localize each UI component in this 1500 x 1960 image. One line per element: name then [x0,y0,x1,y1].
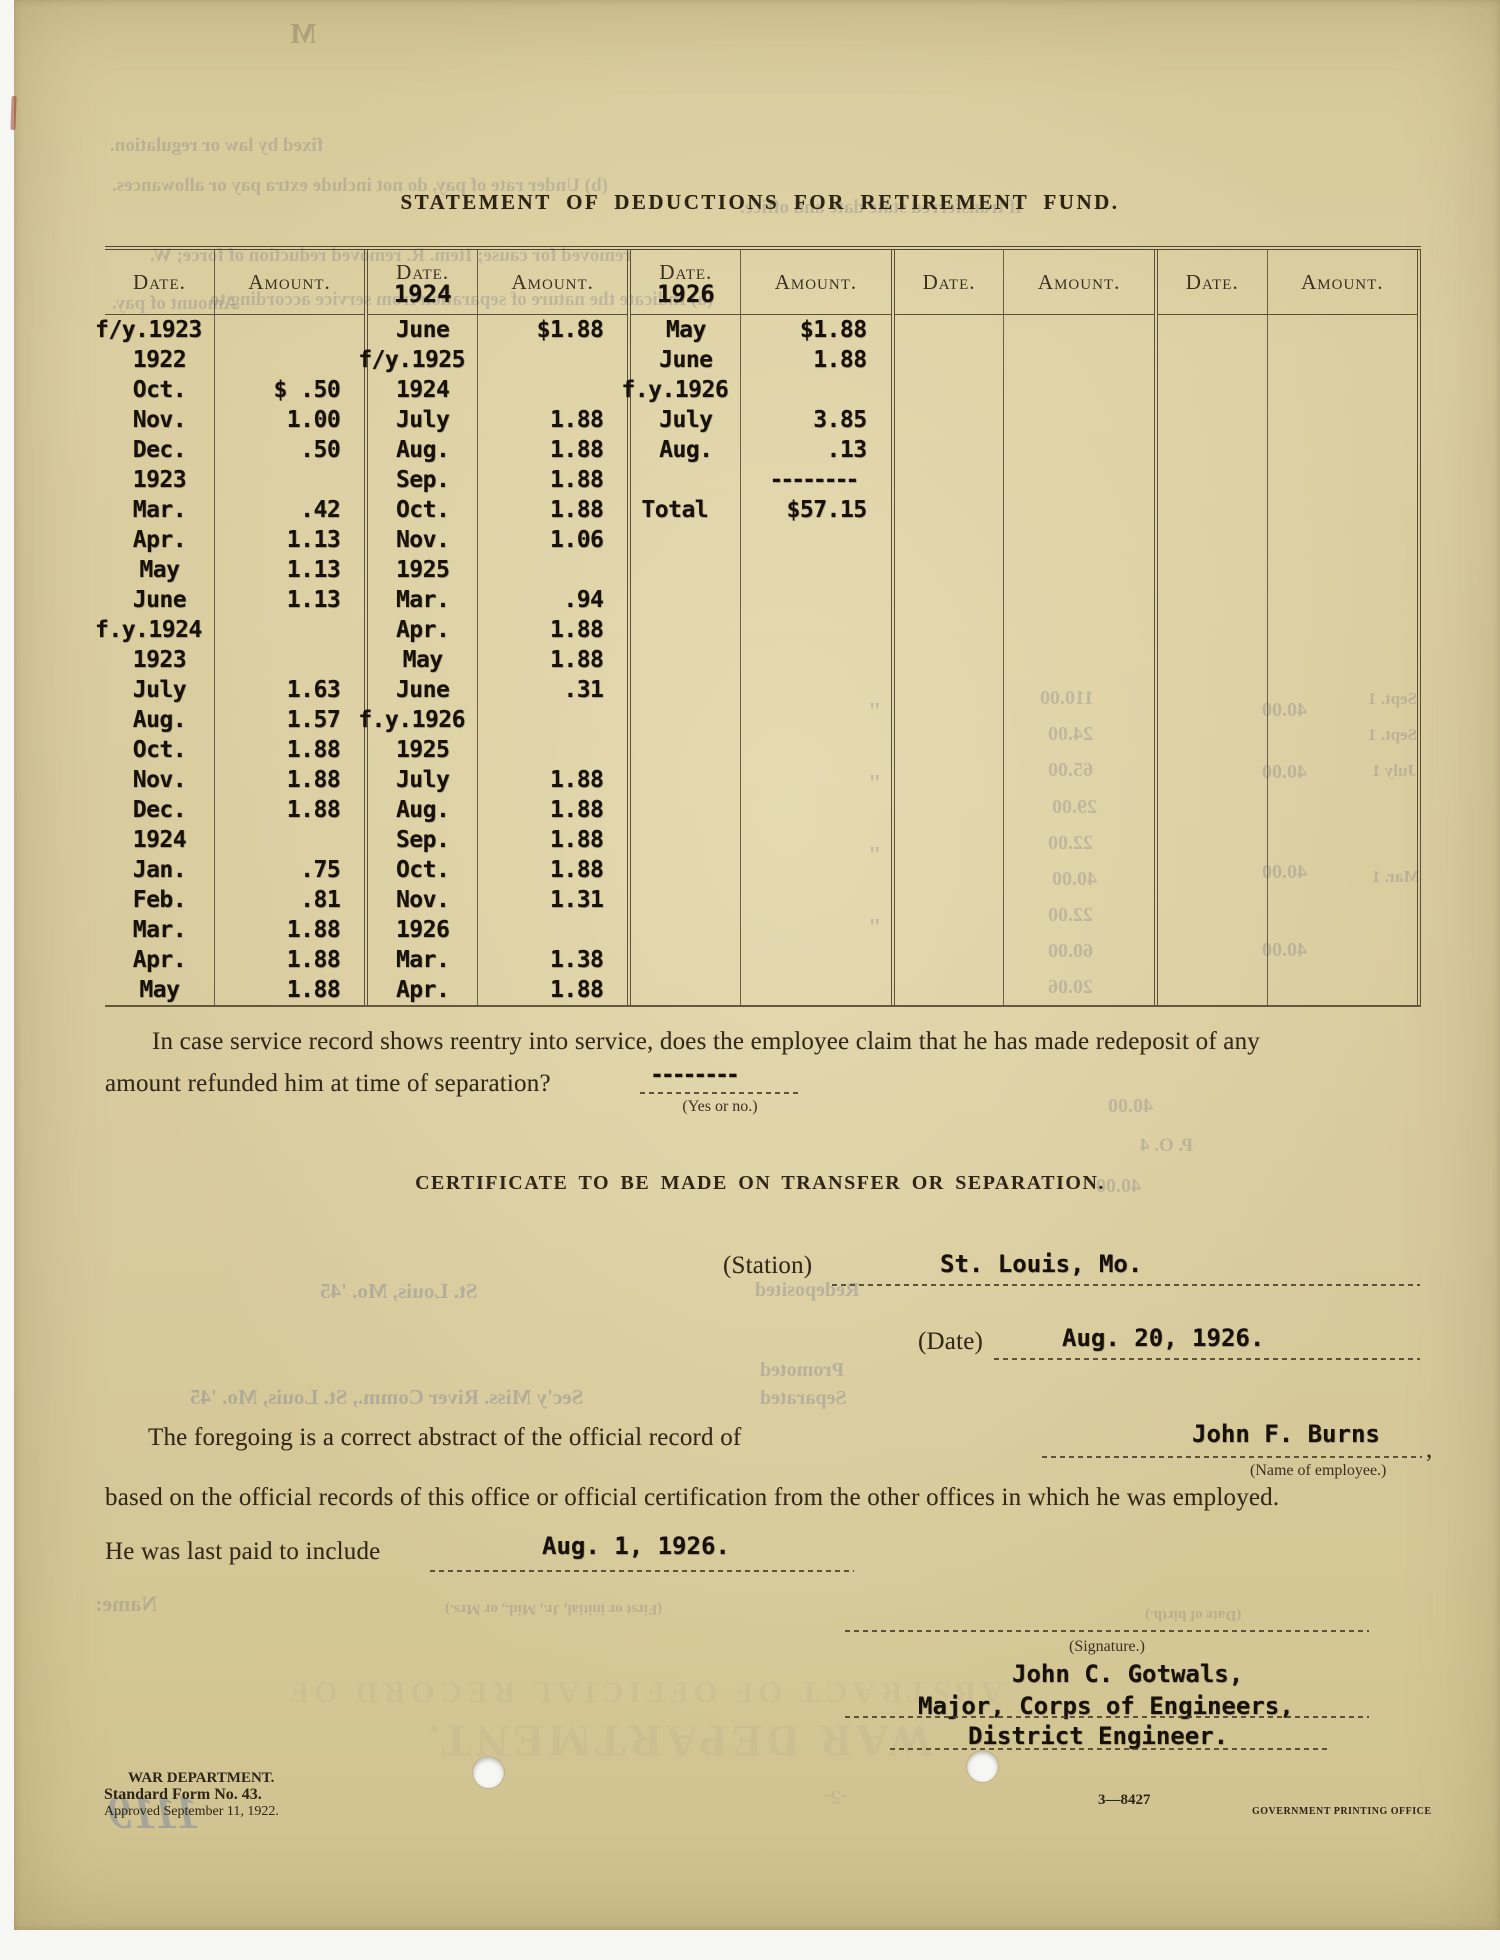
station-label: (Station) [723,1252,812,1280]
amount-cell: .31 [477,675,627,705]
date-cell [1158,375,1267,405]
amount-cell: 1.88 [477,465,627,495]
date-cell [631,795,740,825]
amount-cell: 1.13 [214,525,364,555]
date-cell [1158,885,1267,915]
amount-cell [1267,525,1417,555]
date-cell [895,825,1004,855]
date-cell: Apr. [368,975,477,1005]
signature-title-line-1 [845,1716,1369,1718]
amount-cell [740,585,890,615]
amount-cell [1003,735,1153,765]
amount-cell [1003,765,1153,795]
date-cell: Apr. [105,525,214,555]
footer-gpo-imprint: GOVERNMENT PRINTING OFFICE [1252,1806,1432,1817]
amount-cell [214,465,364,495]
amount-cell [1267,915,1417,945]
reentry-question-line1: In case service record shows reentry int… [152,1028,1260,1056]
date-cell [1158,675,1267,705]
date-cell: 1923 [105,465,214,495]
station-blank-line [832,1284,1420,1286]
date-cell: Oct. [105,735,214,765]
date-cell [631,735,740,765]
date-cell: July [105,675,214,705]
date-cell: June [368,315,477,345]
column-header-amount: Amount. [740,250,890,314]
amount-cell [1267,465,1417,495]
column-header-date: Date.1924 [368,250,477,314]
abstract-statement-prefix: The foregoing is a correct abstract of t… [148,1424,741,1452]
date-cell: f.y.1926 [368,705,477,735]
amount-cell [1267,645,1417,675]
date-cell [1158,705,1267,735]
amount-cell: 1.88 [477,975,627,1005]
date-cell: f/y.1925 [368,345,477,375]
amount-cell: 1.13 [214,585,364,615]
table-pair-body: May$1.88June1.88f.y.1926July3.85Aug..13-… [631,315,890,1005]
date-cell [1158,555,1267,585]
amount-cell [477,555,627,585]
date-cell: 1924 [105,825,214,855]
amount-cell: 1.88 [740,345,890,375]
date-cell [631,645,740,675]
amount-cell [1267,795,1417,825]
amount-cell [1267,555,1417,585]
date-blank-line [994,1358,1420,1360]
date-cell: July [368,405,477,435]
amount-cell: .42 [214,495,364,525]
signature-title-2: District Engineer. [968,1722,1228,1750]
table-pair-body [895,315,1154,1005]
amount-cell: 1.88 [477,645,627,675]
date-label: (Date) [918,1328,983,1356]
amount-cell [1267,435,1417,465]
amount-cell: 1.88 [214,735,364,765]
amount-cell [740,705,890,735]
amount-cell [477,705,627,735]
date-cell [1158,795,1267,825]
amount-cell [477,915,627,945]
date-cell: Apr. [105,945,214,975]
date-cell [1158,825,1267,855]
amount-cell: 1.31 [477,885,627,915]
amount-cell: -------- [740,465,890,495]
date-cell [631,705,740,735]
amount-cell [1003,585,1153,615]
amount-cell [1267,945,1417,975]
date-cell [895,945,1004,975]
amount-header-label: Amount. [512,270,594,295]
scanned-document: fixed by law or regulation.(b) Under rat… [0,0,1500,1960]
amount-cell: 1.88 [477,855,627,885]
date-cell [1158,975,1267,1005]
amount-cell: .81 [214,885,364,915]
amount-cell [1267,315,1417,345]
date-cell: Dec. [105,435,214,465]
footer-approved-date: Approved September 11, 1922. [104,1804,279,1820]
punch-hole-left [473,1757,504,1788]
table-pair-2: Date.1924Amount.June$1.88f/y.19251924Jul… [368,250,631,1005]
amount-cell: 1.88 [477,825,627,855]
certificate-heading: CERTIFICATE TO BE MADE ON TRANSFER OR SE… [0,1172,1500,1195]
station-value: St. Louis, Mo. [940,1250,1142,1278]
date-cell: Mar. [368,585,477,615]
amount-cell [1267,375,1417,405]
amount-cell [740,975,890,1005]
column-header-amount: Amount. [1267,250,1417,314]
amount-cell [1267,345,1417,375]
amount-cell [740,825,890,855]
date-cell [895,345,1004,375]
date-cell [895,615,1004,645]
date-cell: Oct. [105,375,214,405]
date-cell: 1926 [368,915,477,945]
amount-cell [1003,555,1153,585]
amount-cell [1003,645,1153,675]
amount-cell [214,315,364,345]
date-cell: Nov. [105,405,214,435]
amount-cell [1003,795,1153,825]
column-header-date: Date. [105,250,214,314]
amount-cell [740,555,890,585]
amount-cell [1003,375,1153,405]
date-cell: June [368,675,477,705]
date-cell [631,855,740,885]
date-cell [1158,645,1267,675]
date-cell [1158,405,1267,435]
typed-year-note: 1924 [394,283,452,305]
date-cell [631,915,740,945]
amount-cell [214,645,364,675]
date-cell: Feb. [105,885,214,915]
amount-cell: .50 [214,435,364,465]
date-cell [895,405,1004,435]
amount-cell [1003,315,1153,345]
date-cell: Nov. [368,525,477,555]
date-cell: Dec. [105,795,214,825]
amount-cell [1267,765,1417,795]
date-cell [631,885,740,915]
date-cell [1158,585,1267,615]
date-cell: 1924 [368,375,477,405]
date-cell: May [368,645,477,675]
date-cell [895,525,1004,555]
amount-cell [1003,945,1153,975]
amount-cell: .75 [214,855,364,885]
date-cell [631,585,740,615]
amount-cell: $1.88 [740,315,890,345]
date-cell [1158,465,1267,495]
amount-cell [740,615,890,645]
date-cell [895,555,1004,585]
amount-cell [1003,495,1153,525]
date-cell: f/y.1923 [105,315,214,345]
amount-cell [1267,885,1417,915]
date-cell: Nov. [368,885,477,915]
date-cell [1158,915,1267,945]
amount-cell [477,345,627,375]
column-header-amount: Amount. [1003,250,1153,314]
date-cell: 1922 [105,345,214,375]
table-pair-5: Date.Amount. [1158,250,1421,1005]
date-cell: May [631,315,740,345]
amount-cell: 1.06 [477,525,627,555]
date-cell: Oct. [368,855,477,885]
date-cell: July [631,405,740,435]
amount-cell: 1.88 [214,765,364,795]
date-cell: Mar. [105,495,214,525]
amount-cell [477,735,627,765]
date-cell: Sep. [368,465,477,495]
amount-cell: 1.88 [214,795,364,825]
date-cell: Aug. [105,705,214,735]
date-cell [631,525,740,555]
date-cell: May [105,555,214,585]
amount-cell: 1.57 [214,705,364,735]
date-cell [1158,765,1267,795]
last-paid-blank-line [430,1570,854,1572]
date-cell: Jan. [105,855,214,885]
amount-cell [740,885,890,915]
amount-cell [1003,405,1153,435]
date-cell [895,855,1004,885]
date-cell [895,315,1004,345]
date-cell [631,555,740,585]
date-cell: Aug. [631,435,740,465]
reentry-answer-hint: (Yes or no.) [640,1098,800,1116]
amount-cell: .94 [477,585,627,615]
date-cell: June [105,585,214,615]
employee-name: John F. Burns [1192,1420,1380,1448]
amount-cell [740,915,890,945]
date-cell [631,825,740,855]
table-pair-body: f/y.19231922Oct.$ .50Nov.1.00Dec..501923… [105,315,364,1005]
date-cell [895,735,1004,765]
amount-cell [214,615,364,645]
amount-cell [1003,885,1153,915]
date-cell [895,465,1004,495]
reentry-answer: -------- [650,1062,737,1088]
amount-cell [214,825,364,855]
date-cell [895,375,1004,405]
amount-cell [1267,615,1417,645]
date-cell: Sep. [368,825,477,855]
amount-cell [740,765,890,795]
signature-line [845,1630,1369,1632]
abstract-statement-comma: , [1426,1436,1432,1464]
amount-cell: 1.88 [477,405,627,435]
date-cell [631,675,740,705]
amount-cell: 1.88 [214,945,364,975]
date-cell [895,675,1004,705]
date-cell: Mar. [105,915,214,945]
amount-cell [214,345,364,375]
amount-cell [1003,525,1153,555]
amount-cell: 1.88 [477,615,627,645]
amount-cell: 1.88 [477,765,627,795]
date-cell [895,585,1004,615]
signature-hint: (Signature.) [845,1638,1369,1656]
date-cell [631,465,740,495]
amount-cell [1003,975,1153,1005]
amount-cell: 1.88 [477,495,627,525]
date-cell [631,765,740,795]
amount-cell [1003,915,1153,945]
date-cell [1158,435,1267,465]
date-value: Aug. 20, 1926. [1062,1324,1264,1352]
table-pair-1: Date.Amount.f/y.19231922Oct.$ .50Nov.1.0… [105,250,368,1005]
amount-cell [740,735,890,765]
table-pair-body [1158,315,1417,1005]
date-cell [1158,495,1267,525]
date-cell: June [631,345,740,375]
amount-cell [1267,405,1417,435]
date-cell: Aug. [368,795,477,825]
punch-hole-right [967,1751,998,1782]
column-header-date: Date.1926 [631,250,740,314]
amount-cell: 3.85 [740,405,890,435]
abstract-statement-continued: based on the official records of this of… [105,1484,1279,1512]
date-cell [1158,855,1267,885]
amount-cell [1267,705,1417,735]
column-header-amount: Amount. [477,250,627,314]
date-cell [895,705,1004,735]
date-cell: f.y.1926 [631,375,740,405]
amount-cell [1267,975,1417,1005]
amount-header-label: Amount. [775,270,857,295]
date-cell: Nov. [105,765,214,795]
amount-cell: 1.88 [214,915,364,945]
amount-cell: $57.15 [740,495,890,525]
amount-cell [1003,435,1153,465]
date-cell: Oct. [368,495,477,525]
typed-year-note: 1926 [657,283,715,305]
date-cell: 1925 [368,735,477,765]
date-cell: 1923 [105,645,214,675]
amount-cell [740,945,890,975]
date-cell [1158,615,1267,645]
date-cell [895,435,1004,465]
footer-department: WAR DEPARTMENT. [128,1770,274,1787]
date-cell [895,645,1004,675]
amount-header-label: Amount. [248,270,330,295]
amount-header-label: Amount. [1301,270,1383,295]
amount-cell: 1.63 [214,675,364,705]
date-header-label: Date. [133,270,186,295]
amount-cell [1003,825,1153,855]
deductions-table: Date.Amount.f/y.19231922Oct.$ .50Nov.1.0… [105,246,1421,1007]
last-paid-label: He was last paid to include [105,1538,380,1566]
amount-cell [1267,585,1417,615]
date-cell: 1925 [368,555,477,585]
date-cell [631,615,740,645]
date-cell: Mar. [368,945,477,975]
date-cell: f.y.1924 [105,615,214,645]
amount-cell [1003,705,1153,735]
table-pair-4: Date.Amount. [895,250,1158,1005]
date-header-label: Date. [1186,270,1239,295]
amount-cell [740,675,890,705]
amount-cell: .13 [740,435,890,465]
amount-cell [1267,855,1417,885]
amount-cell: 1.00 [214,405,364,435]
date-cell [895,795,1004,825]
date-cell [1158,735,1267,765]
date-cell [1158,345,1267,375]
amount-cell [740,645,890,675]
date-cell [631,975,740,1005]
amount-cell [1267,735,1417,765]
date-cell [895,915,1004,945]
amount-cell [1003,855,1153,885]
footer-print-code: 3—8427 [1098,1792,1151,1809]
signature-name: John C. Gotwals, [1012,1660,1243,1688]
date-header-label: Date. [923,270,976,295]
amount-cell: 1.13 [214,555,364,585]
date-cell [1158,315,1267,345]
date-cell: Aug. [368,435,477,465]
amount-cell [1003,675,1153,705]
amount-cell [740,375,890,405]
employee-name-line [1042,1456,1422,1458]
reentry-question-line2: amount refunded him at time of separatio… [105,1070,551,1098]
amount-cell [740,795,890,825]
reentry-answer-line [640,1092,800,1094]
employee-name-hint: (Name of employee.) [1250,1462,1386,1480]
amount-cell: 1.88 [477,795,627,825]
date-cell [631,945,740,975]
column-header-date: Date. [1158,250,1267,314]
amount-cell: 1.38 [477,945,627,975]
column-header-amount: Amount. [214,250,364,314]
date-cell [1158,945,1267,975]
date-cell: May [105,975,214,1005]
table-pair-3: Date.1926Amount.May$1.88June1.88f.y.1926… [631,250,894,1005]
last-paid-value: Aug. 1, 1926. [542,1532,730,1560]
amount-cell [740,855,890,885]
column-header-date: Date. [895,250,1004,314]
amount-cell [1267,825,1417,855]
date-cell: July [368,765,477,795]
date-cell [1158,525,1267,555]
amount-header-label: Amount. [1038,270,1120,295]
footer-form-number: Standard Form No. 43. [104,1786,262,1804]
amount-cell [1003,345,1153,375]
amount-cell [1003,615,1153,645]
amount-cell: 1.88 [214,975,364,1005]
amount-cell [1267,495,1417,525]
date-cell: Total [631,495,740,525]
date-cell [895,885,1004,915]
signature-title-line-2 [890,1748,1330,1750]
amount-cell [1267,675,1417,705]
date-cell [895,975,1004,1005]
page-title: STATEMENT OF DEDUCTIONS FOR RETIREMENT F… [0,190,1500,215]
amount-cell: $1.88 [477,315,627,345]
amount-cell [477,375,627,405]
amount-cell [1003,465,1153,495]
amount-cell: $ .50 [214,375,364,405]
date-cell: Apr. [368,615,477,645]
amount-cell [740,525,890,555]
table-pair-body: June$1.88f/y.19251924July1.88Aug.1.88Sep… [368,315,627,1005]
date-cell [895,495,1004,525]
amount-cell: 1.88 [477,435,627,465]
date-cell [895,765,1004,795]
